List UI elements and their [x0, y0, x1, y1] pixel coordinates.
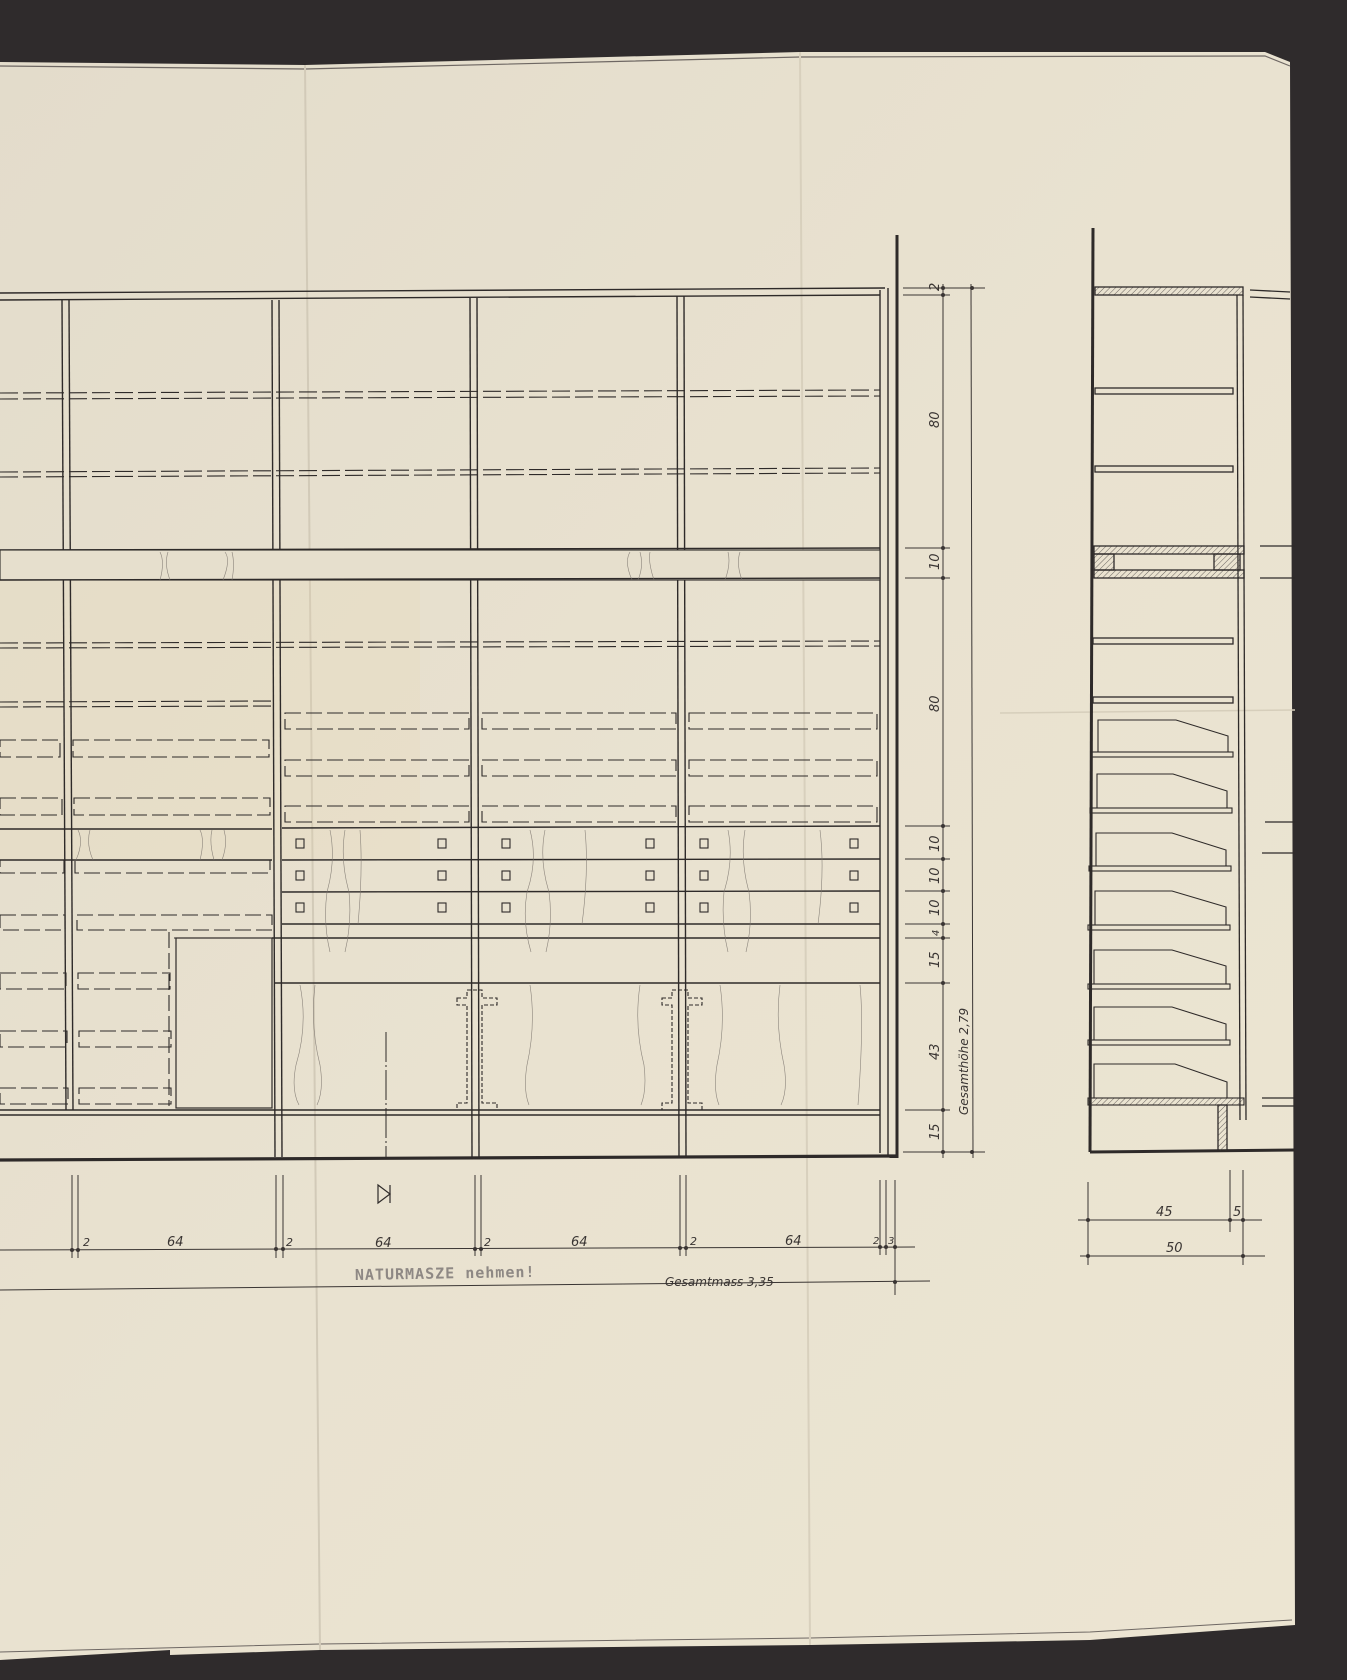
dim-label: 64	[571, 1235, 588, 1250]
total-width-label: Gesamtmass 3,35	[665, 1275, 774, 1289]
dim-label: 64	[167, 1235, 184, 1250]
total-depth-label: 50	[1166, 1241, 1183, 1256]
dim-label: 2	[83, 1236, 90, 1249]
drawing-sheet: 2 80 10 80 10 10 10 4 15 43 15 Gesamthöh…	[0, 0, 1347, 1680]
dim-label: 10	[928, 867, 943, 884]
dim-label: 2	[928, 283, 943, 291]
dim-label: 43	[928, 1043, 943, 1060]
dim-label: 2	[873, 1236, 879, 1247]
dim-label: 10	[928, 835, 943, 852]
dim-label: 15	[928, 951, 943, 968]
dim-label: 3	[888, 1236, 894, 1247]
dim-label: 2	[690, 1235, 697, 1248]
dim-label: 80	[928, 411, 943, 428]
dim-label: 64	[375, 1236, 392, 1251]
dim-label: 80	[928, 695, 943, 712]
dim-label: 2	[484, 1236, 491, 1249]
dim-label: 64	[785, 1234, 802, 1249]
technical-drawing: 2 80 10 80 10 10 10 4 15 43 15 Gesamthöh…	[0, 0, 1347, 1680]
dim-label: 10	[928, 553, 943, 570]
dim-label: 5	[1233, 1205, 1241, 1220]
dim-label: 10	[928, 899, 943, 916]
total-height-label: Gesamthöhe 2,79	[957, 1008, 971, 1115]
stamp-text: NATURMASZE nehmen!	[355, 1263, 536, 1284]
dim-label: 2	[286, 1236, 293, 1249]
dim-label: 15	[928, 1123, 943, 1140]
dim-label: 4	[931, 930, 942, 936]
dim-label: 45	[1156, 1205, 1173, 1220]
